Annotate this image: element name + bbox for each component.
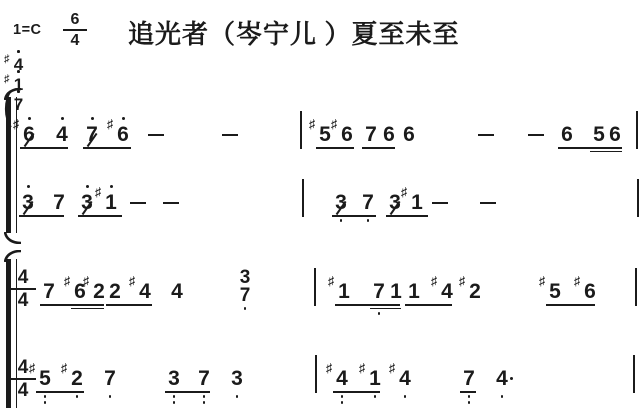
note: 5♯ — [318, 124, 332, 146]
barline — [633, 355, 635, 393]
beam-underline — [546, 304, 595, 306]
octave-dot-below — [44, 395, 47, 398]
barline — [637, 179, 639, 217]
note: 6 — [608, 124, 622, 146]
duration-dash — [432, 202, 448, 204]
sharp-icon: ♯ — [359, 362, 365, 374]
sharp-icon: ♯ — [83, 275, 89, 287]
time-signature-numerator: 6 — [63, 11, 87, 28]
octave-dot-below — [374, 395, 377, 398]
octave-dot-below — [341, 401, 344, 404]
note: 5 — [592, 124, 606, 146]
note: 4 — [495, 368, 509, 390]
beam-underline — [405, 304, 452, 306]
beam-underline — [83, 147, 131, 149]
octave-dot-above — [17, 70, 20, 73]
chord-note: 7 — [238, 287, 252, 305]
beam-underline — [370, 308, 401, 310]
beam-underline — [362, 147, 395, 149]
octave-dot-below — [501, 395, 504, 398]
beam-underline — [36, 391, 84, 393]
sharp-icon: ♯ — [539, 275, 545, 287]
barline — [315, 355, 317, 393]
duration-dash — [480, 202, 496, 204]
beam-underline — [40, 304, 104, 306]
note: 3 — [80, 192, 94, 214]
sharp-icon: ♯ — [328, 275, 334, 287]
beam-underline — [558, 147, 622, 149]
duration-dash — [163, 202, 179, 204]
note: 2♯ — [92, 281, 106, 303]
note: 6♯ — [340, 124, 354, 146]
note: 7 — [361, 192, 375, 214]
duration-dash — [478, 134, 494, 136]
note: 6♯ — [116, 124, 130, 146]
barline — [300, 111, 302, 149]
sharp-icon: ♯ — [4, 53, 10, 65]
beam-underline — [590, 151, 622, 153]
beam-underline — [316, 147, 354, 149]
barline — [636, 111, 638, 149]
slash-mark — [82, 201, 93, 215]
time-signature-denominator: 4 — [10, 381, 36, 400]
octave-dot-below — [378, 312, 381, 315]
note: 7 — [197, 368, 211, 390]
time-signature-numerator: 4 — [10, 268, 36, 287]
bracket-bottom-hook — [4, 231, 22, 249]
augmentation-dot — [510, 377, 513, 380]
octave-dot-below — [173, 401, 176, 404]
slash-mark — [390, 201, 401, 215]
chord-stack: 37 — [238, 269, 252, 305]
time-signature-header: 6 4 — [63, 11, 87, 49]
sharp-icon: ♯ — [574, 275, 580, 287]
octave-dot-above — [122, 117, 125, 120]
sharp-icon: ♯ — [326, 362, 332, 374]
sharp-icon: ♯ — [389, 362, 395, 374]
sharp-icon: ♯ — [431, 275, 437, 287]
bracket-top-hook — [4, 249, 22, 267]
octave-dot-below — [367, 219, 370, 222]
note: 4♯ — [398, 368, 412, 390]
sharp-icon: ♯ — [29, 362, 35, 374]
sharp-icon: ♯ — [4, 73, 10, 85]
sharp-icon: ♯ — [95, 186, 101, 198]
duration-dash — [148, 134, 164, 136]
slash-mark — [24, 133, 35, 147]
sharp-icon: ♯ — [107, 118, 113, 130]
key-signature: 1=C — [13, 22, 42, 38]
sheet-music-page: 1=C 6 4 追光者（岑宁儿 ）夏至未至 6♯476♯5♯6♯76665637… — [0, 0, 641, 408]
octave-dot-above — [61, 117, 64, 120]
beam-underline — [19, 215, 64, 217]
note: 7 — [462, 368, 476, 390]
sharp-icon: ♯ — [61, 362, 67, 374]
note: 3 — [167, 368, 181, 390]
note: 4 — [55, 124, 69, 146]
octave-dot-above — [28, 117, 31, 120]
octave-dot-below — [44, 401, 47, 404]
barline — [302, 179, 304, 217]
beam-underline — [71, 308, 104, 310]
arpeggio-mark — [0, 90, 14, 133]
time-signature-denominator: 4 — [10, 291, 36, 310]
note: 6♯ — [22, 124, 36, 146]
note: 5♯ — [38, 368, 52, 390]
note: 3 — [388, 192, 402, 214]
beam-underline — [78, 215, 122, 217]
note: 6 — [402, 124, 416, 146]
note: 5♯ — [548, 281, 562, 303]
beam-underline — [460, 391, 476, 393]
duration-dash — [130, 202, 146, 204]
beam-underline — [332, 215, 376, 217]
time-signature-denominator: 4 — [63, 32, 87, 49]
octave-dot-below — [76, 395, 79, 398]
note: 3 — [230, 368, 244, 390]
note: 6 — [382, 124, 396, 146]
note: 1 — [407, 281, 421, 303]
octave-dot-above — [27, 185, 30, 188]
octave-dot-below — [173, 395, 176, 398]
note: 7 — [372, 281, 386, 303]
slash-mark — [336, 201, 347, 215]
note: 7 — [103, 368, 117, 390]
octave-dot-below — [340, 219, 343, 222]
beam-underline — [106, 304, 152, 306]
note: 1♯ — [368, 368, 382, 390]
slash-mark — [87, 133, 98, 147]
octave-dot-above — [17, 90, 20, 93]
octave-dot-below — [341, 395, 344, 398]
note: 2 — [108, 281, 122, 303]
note: 3 — [21, 192, 35, 214]
beam-underline — [335, 304, 400, 306]
duration-dash — [222, 134, 238, 136]
note: 2♯ — [70, 368, 84, 390]
note: 6♯ — [583, 281, 597, 303]
beam-underline — [333, 391, 380, 393]
beam-underline — [165, 391, 210, 393]
barline — [314, 268, 316, 306]
note: 6 — [560, 124, 574, 146]
note: 4♯ — [440, 281, 454, 303]
note: 7 — [52, 192, 66, 214]
sharp-icon: ♯ — [64, 275, 70, 287]
note: 3 — [334, 192, 348, 214]
octave-dot-below — [244, 307, 247, 310]
slash-mark — [23, 201, 34, 215]
page-title: 追光者（岑宁儿 ）夏至未至 — [128, 14, 460, 51]
note: 1♯ — [337, 281, 351, 303]
sharp-icon: ♯ — [331, 118, 337, 130]
octave-dot-above — [91, 117, 94, 120]
octave-dot-above — [17, 50, 20, 53]
note: 7 — [85, 124, 99, 146]
beam-underline — [20, 147, 68, 149]
time-signature-divider — [63, 29, 87, 31]
sharp-icon: ♯ — [459, 275, 465, 287]
note: 1♯ — [104, 192, 118, 214]
octave-dot-below — [468, 395, 471, 398]
duration-dash — [528, 134, 544, 136]
octave-dot-below — [404, 395, 407, 398]
note: 4♯ — [138, 281, 152, 303]
octave-dot-below — [109, 395, 112, 398]
barline — [635, 268, 637, 306]
note: 7 — [42, 281, 56, 303]
octave-dot-below — [203, 401, 206, 404]
time-signature: 44 — [10, 268, 36, 310]
octave-dot-below — [468, 401, 471, 404]
sharp-icon: ♯ — [129, 275, 135, 287]
octave-dot-below — [236, 395, 239, 398]
note: 2♯ — [468, 281, 482, 303]
sharp-icon: ♯ — [401, 186, 407, 198]
note: 4 — [170, 281, 184, 303]
octave-dot-above — [86, 185, 89, 188]
beam-underline — [386, 215, 428, 217]
octave-dot-above — [110, 185, 113, 188]
note: 1♯ — [410, 192, 424, 214]
sharp-icon: ♯ — [309, 118, 315, 130]
note: 4♯ — [335, 368, 349, 390]
octave-dot-below — [203, 395, 206, 398]
note: 1 — [389, 281, 403, 303]
note: 7 — [364, 124, 378, 146]
